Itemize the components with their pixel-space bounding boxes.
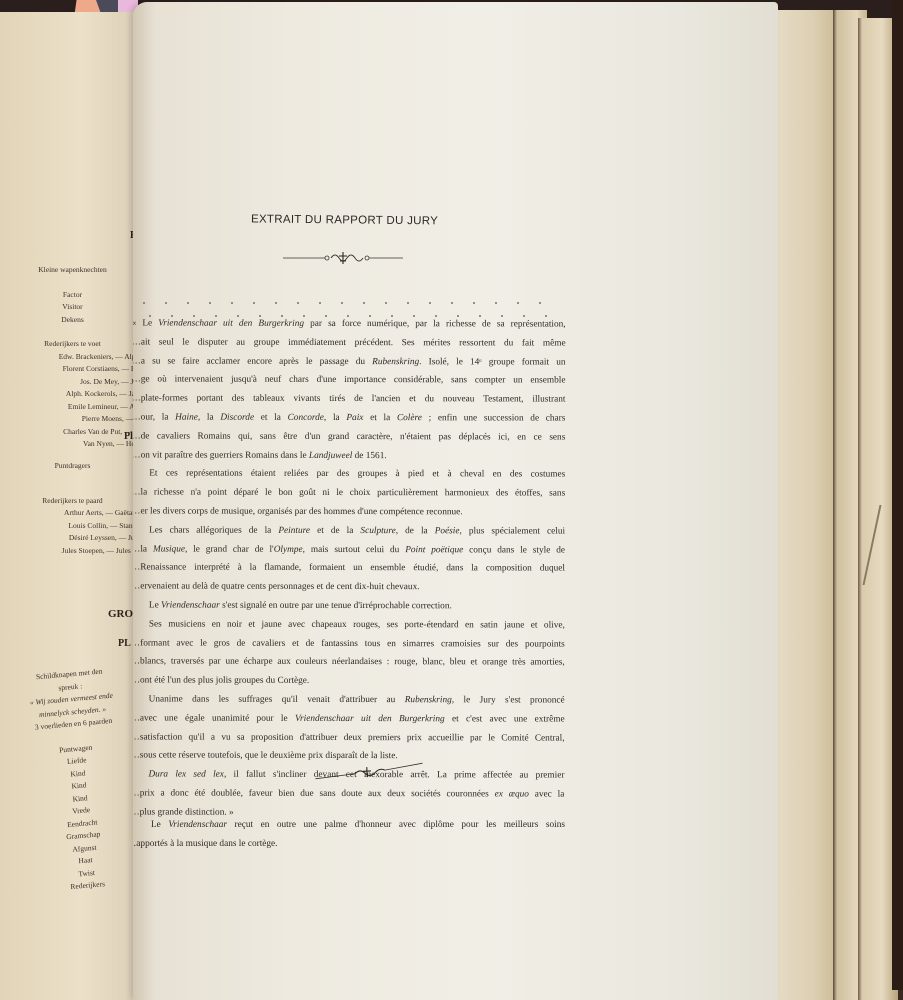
text-line: …prix a donc été doublée, faveur bien du…	[133, 784, 564, 804]
text-line: …on vit paraître des guerriers Romains d…	[133, 446, 565, 466]
text-line: …plate-formes portant des tableaux vivan…	[133, 390, 565, 410]
text-line: …formant avec le gros de cavaliers et de…	[133, 634, 565, 654]
closing-note: Le Vriendenschaar reçut en outre une pal…	[133, 816, 565, 854]
list-item: Pierre Moens, — Po	[0, 413, 143, 426]
list-item: Florent Corstiaens, — Edo	[0, 363, 143, 376]
left-heading-2: Pl	[124, 431, 133, 442]
text-line: …de cavaliers Romains qui, sans être d'u…	[133, 427, 565, 447]
text-line: Les chars allégoriques de la Peinture et…	[133, 521, 565, 541]
report-body: « Le Vriendenschaar uit den Burgerkring …	[133, 314, 566, 823]
list-item: Van Nyen, — Henri	[0, 438, 143, 451]
left-block-1: Kleine wapenknechten FactorVisitorDekens…	[0, 264, 145, 451]
left-block-title: Puntdragers	[0, 460, 145, 473]
list-item: Arthur Aerts, — Gaëtan B	[0, 507, 143, 520]
list-item: Jos. De Mey, — Julo	[0, 376, 143, 389]
text-line: …ont été l'un des plus jolis groupes du …	[133, 672, 565, 692]
text-line: …ervenaient au delà de quatre cents pers…	[133, 578, 565, 598]
previous-page: P Kleine wapenknechten FactorVisitorDeke…	[0, 12, 150, 1000]
list-item: Désiré Leyssen, — Jules	[0, 532, 143, 545]
text-line: …blancs, traversés par une écharpe aux c…	[133, 653, 565, 673]
text-line: …Renaissance interprété à la flamande, f…	[133, 559, 565, 579]
text-line: …avec une égale unanimité pour le Vriend…	[133, 709, 565, 729]
text-line: Le Vriendenschaar s'est signalé en outre…	[133, 596, 565, 616]
left-block-subtitle: Rederijkers te voet	[0, 338, 145, 351]
text-line: …apportés à la musique dans le cortège.	[133, 835, 565, 854]
left-block-title: Kleine wapenknechten	[0, 264, 145, 277]
list-item: Visitor	[0, 301, 145, 314]
text-line: Ses musiciens en noir et jaune avec chap…	[133, 615, 565, 635]
text-line: …er les divers corps de musique, organis…	[133, 502, 565, 522]
list-item: Emile Lemineur, — Arth	[0, 401, 143, 414]
left-block-subtitle: Rederijkers te paard	[0, 495, 145, 508]
dot-leader-row	[149, 304, 569, 308]
dot-leader-row	[143, 291, 563, 295]
fleuron-ornament-icon	[283, 250, 403, 266]
list-item: Alph. Kockerols, — Jan I	[0, 388, 143, 401]
text-line: …satisfaction qu'il a vu sa proposition …	[133, 728, 565, 748]
list-item: Edw. Brackeniers, — Alpho	[0, 351, 143, 364]
left-names-list: Arthur Aerts, — Gaëtan BLouis Collin, — …	[0, 507, 145, 557]
list-item: Jules Stoepen, — Jules Var	[0, 545, 143, 558]
document-page: EXTRAIT DU RAPPORT DU JURY « Le Vrienden…	[133, 2, 778, 1000]
photo-scene: P Kleine wapenknechten FactorVisitorDeke…	[0, 0, 903, 1000]
list-item: Louis Collin, — Stanisla	[0, 520, 143, 533]
text-line: …ge où intervenaient jusqu'à neuf chars …	[133, 371, 566, 391]
list-item: Charles Van de Put, — Jos	[0, 426, 143, 439]
text-line: …a su se faire acclamer encore après le …	[133, 352, 566, 372]
left-roles-list: FactorVisitorDekens	[0, 289, 145, 327]
text-line: …our, la Haine, la Discorde et la Concor…	[133, 408, 565, 428]
text-line: Et ces représentations étaient reliées p…	[133, 465, 565, 485]
page-title: EXTRAIT DU RAPPORT DU JURY	[251, 213, 551, 228]
text-line: …sous cette réserve toutefois, que le de…	[133, 747, 565, 767]
left-block-2: Puntdragers Rederijkers te paard Arthur …	[0, 460, 145, 557]
text-line: Le Vriendenschaar reçut en outre une pal…	[133, 816, 565, 835]
list-item: Dekens	[0, 314, 145, 327]
list-item: Factor	[0, 289, 145, 302]
text-line: …ait seul le disputer au groupe immédiat…	[133, 333, 566, 353]
text-line: …la richesse n'a point déparé le bon goû…	[133, 484, 565, 504]
left-heading-4: PL	[118, 638, 131, 649]
page-stack-edge	[772, 10, 839, 1000]
background-edge	[892, 0, 903, 990]
text-line: « Le Vriendenschaar uit den Burgerkring …	[133, 314, 566, 334]
text-line: Unanime dans les suffrages qu'il venait …	[133, 690, 565, 710]
text-line: …la Musique, le grand char de l'Olympe, …	[133, 540, 565, 560]
